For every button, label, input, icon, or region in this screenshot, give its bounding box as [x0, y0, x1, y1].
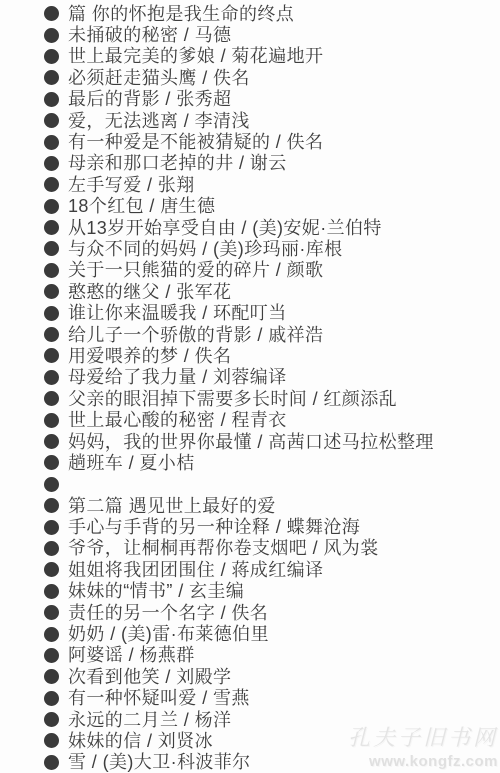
bullet-icon	[44, 370, 59, 385]
toc-entry-text: 奶奶 / (美)雷·布莱德伯里	[68, 625, 269, 643]
toc-entry: 18个红包 / 唐生德	[44, 196, 500, 217]
toc-entry: 有一种怀疑叫爱 / 雪燕	[44, 688, 500, 709]
toc-entry-text: 手心与手背的另一种诠释 / 蝶舞沧海	[68, 518, 360, 536]
toc-entry-text: 从13岁开始享受自由 / (美)安妮·兰伯特	[68, 219, 382, 237]
toc-entry	[44, 474, 500, 495]
bullet-icon	[44, 627, 59, 642]
toc-entry-text: 母爱给了我力量 / 刘蓉编译	[68, 368, 287, 386]
bullet-icon	[44, 92, 59, 107]
bullet-icon	[44, 156, 59, 171]
toc-entry-text: 篇 你的怀抱是我生命的终点	[68, 5, 294, 23]
toc-entry: 第二篇 遇见世上最好的爱	[44, 495, 500, 516]
bullet-icon	[44, 477, 59, 492]
toc-entry: 左手写爱 / 张翔	[44, 174, 500, 195]
toc-entry: 阿婆谣 / 杨燕群	[44, 645, 500, 666]
toc-entry: 父亲的眼泪掉下需要多长时间 / 红颜添乱	[44, 388, 500, 409]
toc-entry-text: 憨憨的继父 / 张军花	[68, 283, 231, 301]
toc-entry: 关于一只熊猫的爱的碎片 / 颜歌	[44, 260, 500, 281]
toc-entry-text: 世上最心酸的秘密 / 程青衣	[68, 411, 287, 429]
bullet-icon	[44, 562, 59, 577]
bullet-icon	[44, 241, 59, 256]
toc-entry: 次看到他笑 / 刘殿学	[44, 666, 500, 687]
toc-entry: 憨憨的继父 / 张军花	[44, 281, 500, 302]
toc-entry-text: 母亲和那口老掉的井 / 谢云	[68, 154, 287, 172]
bullet-icon	[44, 220, 59, 235]
bullet-icon	[44, 455, 59, 470]
toc-entry: 篇 你的怀抱是我生命的终点	[44, 3, 500, 24]
toc-entry: 奶奶 / (美)雷·布莱德伯里	[44, 623, 500, 644]
toc-entry: 用爱喂养的梦 / 佚名	[44, 345, 500, 366]
toc-entry-text: 谁让你来温暖我 / 环配叮当	[68, 304, 287, 322]
toc-entry: 母爱给了我力量 / 刘蓉编译	[44, 367, 500, 388]
toc-entry: 最后的背影 / 张秀超	[44, 89, 500, 110]
toc-entry-text: 雪 / (美)大卫·科波菲尔	[68, 753, 251, 771]
toc-entry-text: 爷爷，让桐桐再帮你卷支烟吧 / 风为裳	[68, 539, 379, 557]
bullet-icon	[44, 327, 59, 342]
toc-entry: 手心与手背的另一种诠释 / 蝶舞沧海	[44, 516, 500, 537]
bullet-icon	[44, 605, 59, 620]
bullet-icon	[44, 70, 59, 85]
bullet-icon	[44, 28, 59, 43]
toc-entry-text: 左手写爱 / 张翔	[68, 176, 195, 194]
toc-entry: 爱，无法逃离 / 李清浅	[44, 110, 500, 131]
toc-entry: 世上最心酸的秘密 / 程青衣	[44, 409, 500, 430]
toc-entry-text: 爱，无法逃离 / 李清浅	[68, 112, 250, 130]
toc-entry-text: 阿婆谣 / 杨燕群	[68, 646, 195, 664]
toc-entry: 妹妹的信 / 刘贤冰	[44, 730, 500, 751]
bullet-icon	[44, 284, 59, 299]
toc-entry-text: 第二篇 遇见世上最好的爱	[68, 497, 276, 515]
bullet-icon	[44, 584, 59, 599]
toc-entry: 姐姐将我团团围住 / 蒋成红编译	[44, 559, 500, 580]
toc-entry-text: 必须赶走猫头鹰 / 佚名	[68, 69, 250, 87]
toc-entry: 母亲和那口老掉的井 / 谢云	[44, 153, 500, 174]
bullet-icon	[44, 113, 59, 128]
bullet-icon	[44, 199, 59, 214]
toc-entry-text: 关于一只熊猫的爱的碎片 / 颜歌	[68, 261, 323, 279]
toc-entry: 未捅破的秘密 / 马德	[44, 24, 500, 45]
toc-entry-text: 永远的二月兰 / 杨洋	[68, 711, 231, 729]
bullet-icon	[44, 733, 59, 748]
bullet-icon	[44, 669, 59, 684]
toc-entry-text: 趟班车 / 夏小桔	[68, 454, 195, 472]
toc-entry: 妈妈，我的世界你最懂 / 高茜口述马拉松整理	[44, 431, 500, 452]
bullet-icon	[44, 648, 59, 663]
toc-entry: 有一种爱是不能被猜疑的 / 佚名	[44, 131, 500, 152]
toc-entry: 永远的二月兰 / 杨洋	[44, 709, 500, 730]
toc-entry-text: 最后的背影 / 张秀超	[68, 90, 231, 108]
bullet-icon	[44, 413, 59, 428]
toc-entry: 责任的另一个名字 / 佚名	[44, 602, 500, 623]
toc-entry-text: 妈妈，我的世界你最懂 / 高茜口述马拉松整理	[68, 433, 434, 451]
toc-entry: 世上最完美的爹娘 / 菊花遍地开	[44, 46, 500, 67]
toc-entry-text: 责任的另一个名字 / 佚名	[68, 604, 268, 622]
toc-entry-text: 有一种爱是不能被猜疑的 / 佚名	[68, 133, 323, 151]
bullet-icon	[44, 541, 59, 556]
toc-entry-text: 与众不同的妈妈 / (美)珍玛丽·库根	[68, 240, 343, 258]
toc-entry: 从13岁开始享受自由 / (美)安妮·兰伯特	[44, 217, 500, 238]
bullet-icon	[44, 691, 59, 706]
bullet-icon	[44, 135, 59, 150]
toc-entry: 妹妹的“情书” / 玄圭编	[44, 581, 500, 602]
toc-entry: 爷爷，让桐桐再帮你卷支烟吧 / 风为裳	[44, 538, 500, 559]
bullet-icon	[44, 755, 59, 770]
bullet-icon	[44, 712, 59, 727]
bullet-icon	[44, 498, 59, 513]
toc-entry-text: 妹妹的“情书” / 玄圭编	[68, 582, 244, 600]
toc-entry-text: 有一种怀疑叫爱 / 雪燕	[68, 689, 250, 707]
toc-entry: 趟班车 / 夏小桔	[44, 452, 500, 473]
toc-entry-text: 妹妹的信 / 刘贤冰	[68, 732, 213, 750]
scanned-toc-page: 篇 你的怀抱是我生命的终点 未捅破的秘密 / 马德 世上最完美的爹娘 / 菊花遍…	[0, 0, 500, 773]
toc-entry-text: 给儿子一个骄傲的背影 / 戚祥浩	[68, 326, 323, 344]
toc-entry: 必须赶走猫头鹰 / 佚名	[44, 67, 500, 88]
bullet-icon	[44, 348, 59, 363]
toc-entry: 给儿子一个骄傲的背影 / 戚祥浩	[44, 324, 500, 345]
toc-list: 篇 你的怀抱是我生命的终点 未捅破的秘密 / 马德 世上最完美的爹娘 / 菊花遍…	[0, 0, 500, 773]
bullet-icon	[44, 520, 59, 535]
toc-entry-text: 用爱喂养的梦 / 佚名	[68, 347, 231, 365]
toc-entry-text: 父亲的眼泪掉下需要多长时间 / 红颜添乱	[68, 390, 397, 408]
bullet-icon	[44, 434, 59, 449]
bullet-icon	[44, 6, 59, 21]
toc-entry-text: 世上最完美的爹娘 / 菊花遍地开	[68, 47, 323, 65]
toc-entry: 谁让你来温暖我 / 环配叮当	[44, 302, 500, 323]
bullet-icon	[44, 263, 59, 278]
toc-entry: 与众不同的妈妈 / (美)珍玛丽·库根	[44, 238, 500, 259]
toc-entry-text: 次看到他笑 / 刘殿学	[68, 668, 231, 686]
bullet-icon	[44, 391, 59, 406]
bullet-icon	[44, 306, 59, 321]
toc-entry-text: 姐姐将我团团围住 / 蒋成红编译	[68, 561, 323, 579]
bullet-icon	[44, 177, 59, 192]
toc-entry: 雪 / (美)大卫·科波菲尔	[44, 752, 500, 773]
toc-entry-text: 未捅破的秘密 / 马德	[68, 26, 231, 44]
toc-entry-text: 18个红包 / 唐生德	[68, 197, 215, 215]
bullet-icon	[44, 49, 59, 64]
